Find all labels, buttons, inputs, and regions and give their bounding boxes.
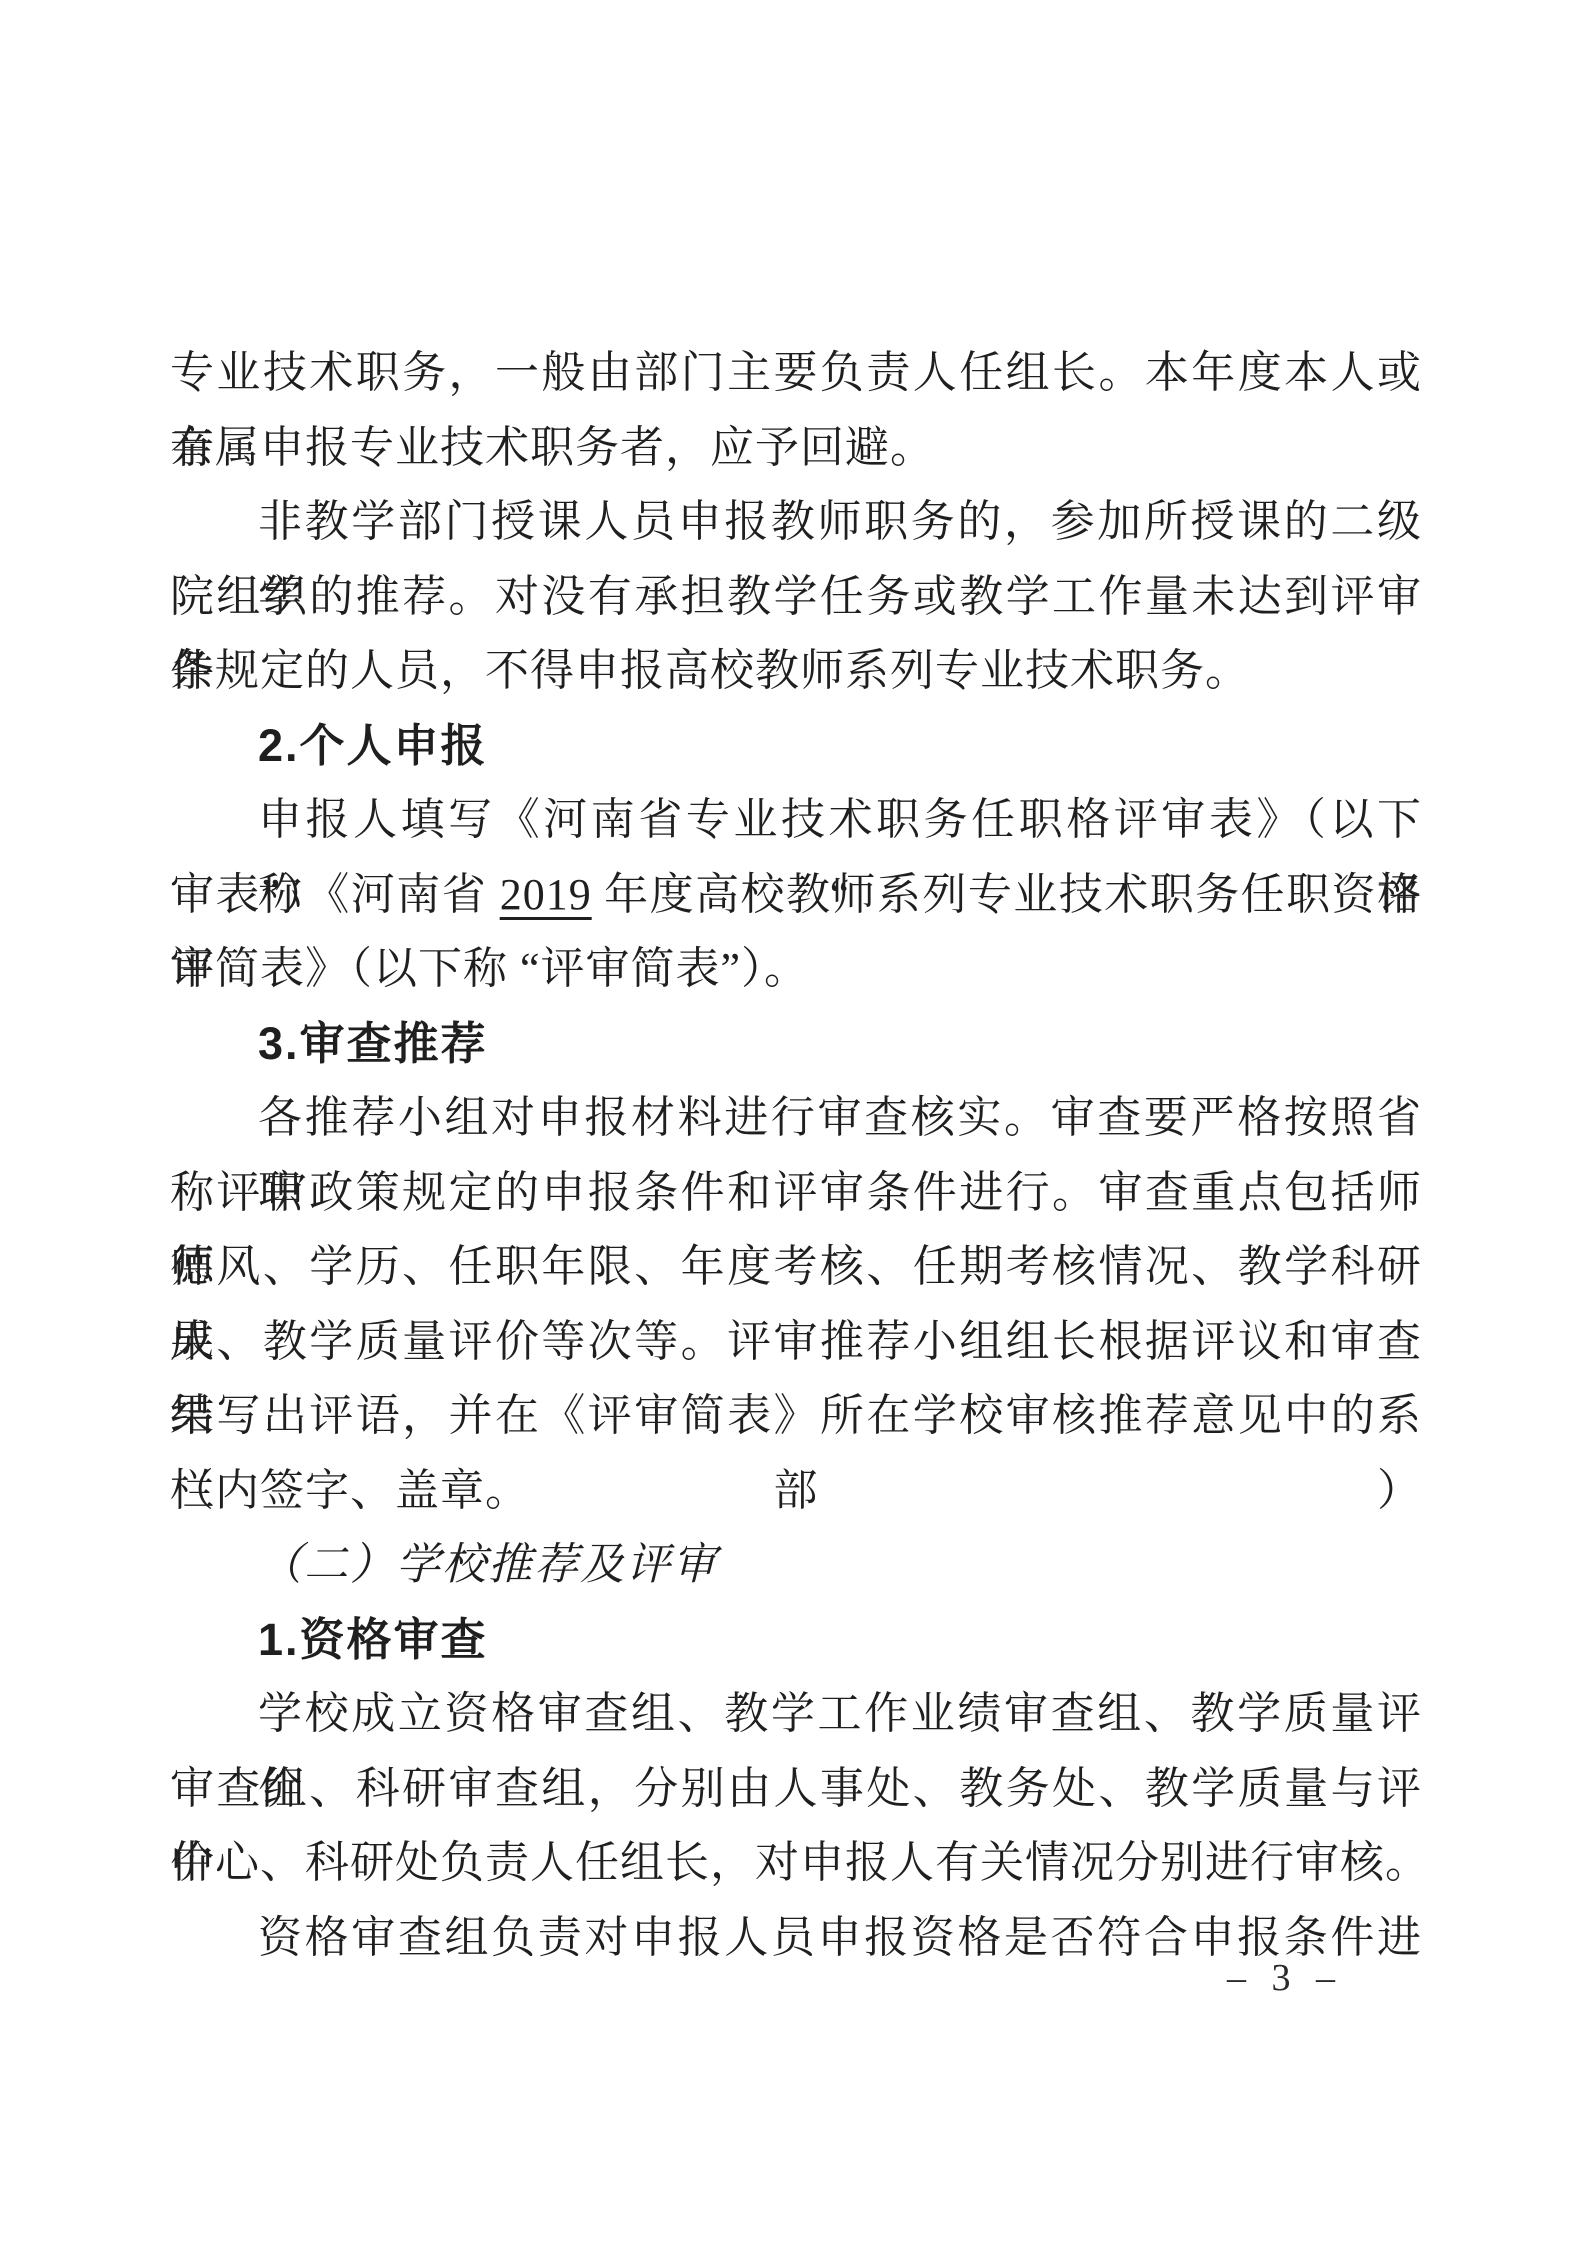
text-segment: 亲属申报专业技术职务者，应予回避。: [170, 423, 935, 472]
text-line: 师风、学历、任职年限、年度考核、任期考核情况、教学科研成: [170, 1230, 1422, 1305]
document-body: 专业技术职务，一般由部门主要负责人任组长。本年度本人或有亲属申报专业技术职务者，…: [170, 336, 1422, 1975]
underlined-year: 2019: [500, 870, 592, 919]
text-line: 称评审政策规定的申报条件和评审条件进行。审查重点包括师德: [170, 1156, 1422, 1231]
text-segment: 件规定的人员，不得申报高校教师系列专业技术职务。: [170, 646, 1250, 695]
text-line: 学校成立资格审查组、教学工作业绩审查组、教学质量评价: [170, 1677, 1422, 1752]
text-line: 果、教学质量评价等次等。评审推荐小组组长根据评议和审查结: [170, 1305, 1422, 1380]
text-segment: 中心、科研处负责人任组长，对申报人有关情况分别进行审核。: [170, 1838, 1422, 1887]
text-line: 中心、科研处负责人任组长，对申报人有关情况分别进行审核。: [170, 1826, 1422, 1901]
text-line: 审查组、科研审查组，分别由人事处、教务处、教学质量与评价: [170, 1752, 1422, 1827]
text-segment: 1.资格审查: [258, 1614, 488, 1665]
text-segment: 2.个人申报: [258, 720, 488, 771]
document-page: 专业技术职务，一般由部门主要负责人任组长。本年度本人或有亲属申报专业技术职务者，…: [0, 0, 1586, 2242]
page-number: – 3 –: [1205, 1956, 1365, 2000]
text-segment: 审表”）《河南省: [170, 870, 500, 919]
text-segment: 3.审查推荐: [258, 1018, 488, 1069]
text-line: 1.资格审查: [170, 1603, 1422, 1678]
text-line: 审简表》（以下称 “评审简表”）。: [170, 932, 1422, 1007]
text-line: 非教学部门授课人员申报教师职务的，参加所授课的二级学: [170, 485, 1422, 560]
text-line: 件规定的人员，不得申报高校教师系列专业技术职务。: [170, 634, 1422, 709]
text-line: 专业技术职务，一般由部门主要负责人任组长。本年度本人或有: [170, 336, 1422, 411]
text-line: 各推荐小组对申报材料进行审查核实。审查要严格按照省职: [170, 1081, 1422, 1156]
text-segment: （二）学校推荐及评审: [258, 1540, 718, 1589]
text-line: 申报人填写《河南省专业技术职务任职格评审表》（以下称“评: [170, 783, 1422, 858]
text-line: 审表”）《河南省 2019 年度高校教师系列专业技术职务任职资格评: [170, 858, 1422, 933]
text-line: （二）学校推荐及评审: [170, 1528, 1422, 1603]
text-line: 亲属申报专业技术职务者，应予回避。: [170, 411, 1422, 486]
text-line: 3.审查推荐: [170, 1007, 1422, 1082]
text-line: 果写出评语，并在《评审简表》所在学校审核推荐意见中的系（部）: [170, 1379, 1422, 1454]
text-line: 院组织的推荐。对没有承担教学任务或教学工作量未达到评审条: [170, 560, 1422, 635]
text-line: 2.个人申报: [170, 709, 1422, 784]
text-segment: 栏内签字、盖章。: [170, 1466, 530, 1515]
text-segment: 审简表》（以下称 “评审简表”）。: [170, 944, 809, 993]
